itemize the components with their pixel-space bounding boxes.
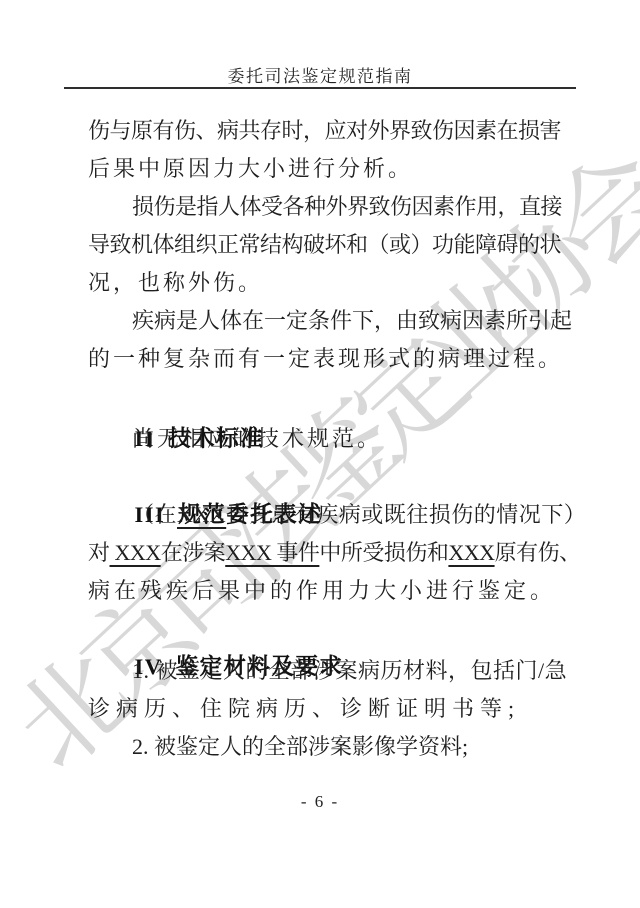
text-segment: 对 [88, 540, 110, 565]
text-segment: 在涉案 [161, 540, 226, 565]
text-segment: 中所受损伤和 [319, 540, 448, 565]
list-item-1-line-1: 1. 被鉴定人的全部涉案病历材料，包括门/急 [88, 652, 580, 690]
underlined-placeholder: XXX [448, 540, 494, 565]
underlined-placeholder: XXX [177, 502, 226, 527]
paragraph-4-line-1: 尚无相应的技术规范。 [88, 420, 580, 458]
paragraph-2-line-1: 损伤是指人体受各种外界致伤因素作用，直接 [88, 188, 580, 226]
paragraph-3-line-2: 的一种复杂而有一定表现形式的病理过程。 [88, 340, 580, 378]
text-segment: 原有伤、 [495, 540, 581, 565]
section-heading-technical-standards: II技术标准 [88, 382, 580, 420]
section-heading-materials-requirements: IV鉴定材料及要求 [88, 610, 580, 648]
entrust-template-line-2: 对 XXX在涉案XXX 事件中所受损伤和XXX原有伤、 [88, 534, 580, 572]
paragraph-1-line-2: 后果中原因力大小进行分析。 [88, 150, 580, 188]
text-segment: 自身患有疾病或既往损伤的情况下） [226, 502, 586, 527]
section-heading-entrust-statement: III规范委托表述 [88, 458, 580, 496]
entrust-template-line-3: 病在残疾后果中的作用力大小进行鉴定。 [88, 572, 580, 610]
underlined-placeholder: XXX [110, 540, 161, 565]
page-number: - 6 - [0, 792, 640, 812]
text-segment: （在 [132, 502, 177, 527]
entrust-template-line-1: （在XXX自身患有疾病或既往损伤的情况下） [88, 496, 580, 534]
list-item-2-line-1: 2. 被鉴定人的全部涉案影像学资料; [88, 728, 580, 766]
list-item-1-line-2: 诊病历、住院病历、诊断证明书等; [88, 690, 580, 728]
paragraph-2-line-3: 况，也称外伤。 [88, 264, 580, 302]
paragraph-1-line-1: 伤与原有伤、病共存时，应对外界致伤因素在损害 [88, 112, 580, 150]
header-rule [64, 87, 576, 89]
underlined-placeholder: XXX 事件 [225, 540, 319, 565]
paragraph-2-line-2: 导致机体组织正常结构破坏和（或）功能障碍的状 [88, 226, 580, 264]
paragraph-3-line-1: 疾病是人体在一定条件下，由致病因素所引起 [88, 302, 580, 340]
page-body: 伤与原有伤、病共存时，应对外界致伤因素在损害 后果中原因力大小进行分析。 损伤是… [88, 112, 580, 766]
running-header-title: 委托司法鉴定规范指南 [0, 62, 640, 87]
document-page: 北京司法鉴定业协会 委托司法鉴定规范指南 伤与原有伤、病共存时，应对外界致伤因素… [0, 0, 640, 908]
